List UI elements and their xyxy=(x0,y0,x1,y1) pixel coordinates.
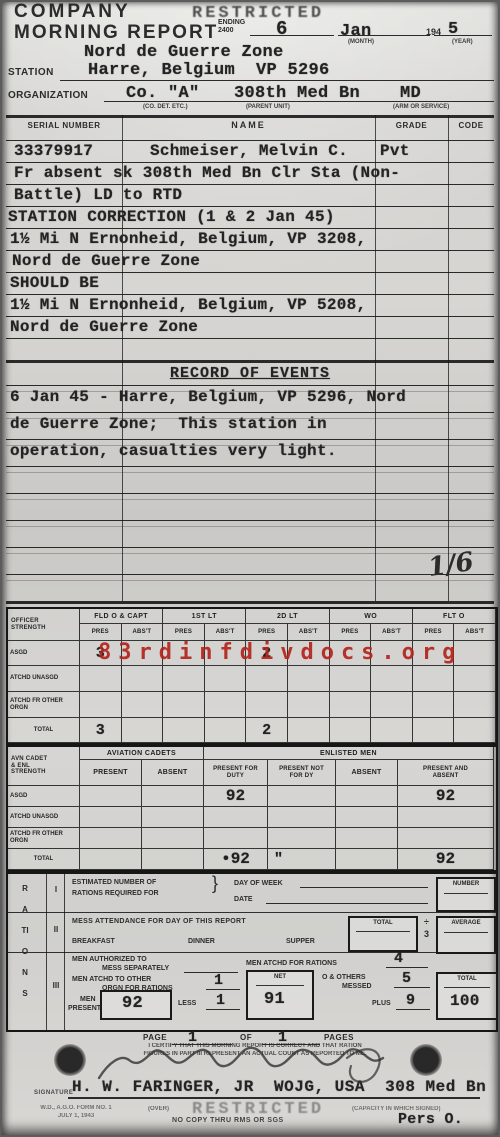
table-cell xyxy=(454,692,496,718)
officer-strength-corner: OFFICER STRENGTH xyxy=(8,609,80,641)
website-watermark: 83rdinfdivdocs.org xyxy=(98,640,462,665)
plus-label: PLUS xyxy=(372,1000,391,1007)
table-cell xyxy=(336,807,398,828)
mess-attendance-label: MESS ATTENDANCE FOR DAY OF THIS REPORT xyxy=(72,918,246,925)
net-box-line xyxy=(256,985,304,986)
record-line: 6 Jan 45 - Harre, Belgium, VP 5296, Nord xyxy=(10,388,406,406)
table-cell xyxy=(268,807,336,828)
form-number-line-2: JULY 1, 1943 xyxy=(28,1113,124,1119)
month-sublabel: (MONTH) xyxy=(348,39,374,45)
sublabel-arm-service: (ARM OR SERVICE) xyxy=(393,104,449,110)
group-header-enlisted-men: ENLISTED MEN xyxy=(204,747,494,760)
est-rations-label-1: ESTIMATED NUMBER OF xyxy=(72,879,156,886)
group-header: WO xyxy=(330,609,413,624)
number-box-line xyxy=(444,893,488,894)
abst-header: ABS'T xyxy=(371,624,413,641)
organization-label: ORGANIZATION xyxy=(8,91,88,102)
group-header: FLD O & CAPT xyxy=(80,609,163,624)
mess-total-line xyxy=(356,931,410,932)
abst-header: ABS'T xyxy=(122,624,164,641)
soldier-name-value: Schmeiser, Melvin C. xyxy=(150,142,348,160)
rule-line xyxy=(6,250,494,251)
abst-header: ABS'T xyxy=(288,624,330,641)
entry-line: SHOULD BE xyxy=(10,274,99,292)
table-cell xyxy=(142,807,204,828)
handwritten-date-mark: 1/6 xyxy=(426,547,475,583)
rations-vertical-label: RATIONS xyxy=(20,878,30,1004)
ending-label: ENDING xyxy=(218,19,245,26)
table-cell xyxy=(330,692,372,718)
rations-rule xyxy=(8,912,496,913)
mess-separately-line xyxy=(184,972,238,973)
table-cell xyxy=(246,692,288,718)
name-header: NAME xyxy=(122,121,375,130)
rations-total-line xyxy=(444,987,490,988)
others-label-2: MESSED xyxy=(342,983,372,990)
table-cell xyxy=(454,666,496,692)
column-divider xyxy=(448,115,449,601)
others-messed-value: 5 xyxy=(402,970,411,987)
station-value: Harre, Belgium VP 5296 xyxy=(88,61,330,80)
zone-line-value: Nord de Guerre Zone xyxy=(84,43,284,62)
average-box-line xyxy=(444,932,488,933)
atchd-other-value: 1 xyxy=(214,972,223,989)
plus-value: 9 xyxy=(406,992,415,1009)
table-cell xyxy=(205,666,247,692)
men-present-box: 92 xyxy=(100,990,172,1020)
rule-line xyxy=(6,439,494,440)
rule-line xyxy=(6,520,494,521)
section-numeral-ii: II xyxy=(48,926,64,934)
column-divider xyxy=(375,115,376,601)
pres-header: PRES xyxy=(163,624,205,641)
serial-number-header: SERIAL NUMBER xyxy=(6,122,122,130)
code-header: CODE xyxy=(448,122,494,130)
rule-line xyxy=(6,184,494,185)
table-cell: 92 xyxy=(398,849,494,870)
atchd-for-rations-label: MEN ATCHD FOR RATIONS xyxy=(246,960,337,967)
divide-by-three: 3 xyxy=(424,930,429,939)
table-cell xyxy=(142,849,204,870)
row-label: ATCHD FR OTHER ORGN xyxy=(8,692,80,718)
rule-line xyxy=(6,115,494,118)
group-header: FLT O xyxy=(413,609,496,624)
rations-total-value: 100 xyxy=(450,992,480,1010)
rule-line xyxy=(6,162,494,163)
brace-glyph: } xyxy=(212,874,218,893)
officer-strength-table: OFFICER STRENGTH FLD O & CAPT 1ST LT 2D … xyxy=(6,607,498,745)
corner-label: & ENL xyxy=(11,763,30,770)
year-printed-prefix: 194 xyxy=(426,28,441,37)
table-cell xyxy=(80,849,142,870)
record-line: operation, casualties very light. xyxy=(10,442,337,460)
table-cell xyxy=(80,828,142,849)
est-rations-label-2: RATIONS REQUIRED FOR xyxy=(72,890,159,897)
morning-report-scan: COMPANY RESTRICTED MORNING REPORT ENDING… xyxy=(0,0,500,1137)
rule-line xyxy=(6,547,494,548)
others-messed-line xyxy=(394,987,430,988)
form-title-morning-report: MORNING REPORT xyxy=(14,23,218,43)
table-cell xyxy=(163,666,205,692)
year-underline xyxy=(434,35,492,36)
day-of-week-label: DAY OF WEEK xyxy=(234,880,283,887)
corner-label: STRENGTH xyxy=(11,769,46,776)
record-of-events-title: RECORD OF EVENTS xyxy=(150,365,350,382)
day-underline xyxy=(250,35,334,36)
table-cell xyxy=(205,718,247,743)
table-cell xyxy=(371,692,413,718)
abst-header: ABS'T xyxy=(205,624,247,641)
row-label: ASGD xyxy=(8,786,80,807)
table-cell xyxy=(246,666,288,692)
ending-time-label: 2400 xyxy=(218,27,234,34)
entry-line: 1½ Mi N Ernonheid, Belgium, VP 5208, xyxy=(10,296,366,314)
table-cell xyxy=(268,786,336,807)
men-present-label-1: MEN xyxy=(80,996,96,1003)
punch-hole-right xyxy=(410,1044,442,1076)
entry-line: Battle) LD to RTD xyxy=(14,186,182,204)
table-cell xyxy=(288,692,330,718)
signature-label: SIGNATURE xyxy=(34,1090,73,1096)
row-label: ATCHD UNASGD xyxy=(8,666,80,692)
punch-hole-left xyxy=(54,1044,86,1076)
average-box: AVERAGE xyxy=(436,916,496,954)
year-sublabel: (YEAR) xyxy=(452,39,473,45)
col-header: PRESENT AND ABSENT xyxy=(398,760,494,786)
entry-line: STATION CORRECTION (1 & 2 Jan 45) xyxy=(8,208,335,226)
table-cell xyxy=(454,718,496,743)
average-box-label: AVERAGE xyxy=(438,920,494,926)
rule-line xyxy=(6,272,494,273)
month-underline xyxy=(338,35,430,36)
number-box-label: NUMBER xyxy=(438,881,494,887)
table-cell xyxy=(80,692,122,718)
rule-line xyxy=(6,493,494,494)
row-label: TOTAL xyxy=(8,849,80,870)
enlisted-strength-corner: AVN CADET & ENL STRENGTH xyxy=(8,747,80,786)
grade-header: GRADE xyxy=(375,122,448,130)
table-cell xyxy=(80,807,142,828)
rations-rule xyxy=(8,952,496,953)
table-cell xyxy=(122,692,164,718)
less-line xyxy=(206,1009,240,1010)
rations-section: RATIONS I II III ESTIMATED NUMBER OF RAT… xyxy=(6,872,498,1032)
atchd-other-line xyxy=(206,989,240,990)
number-box: NUMBER xyxy=(436,877,496,912)
table-cell xyxy=(398,828,494,849)
table-cell xyxy=(288,718,330,743)
row-label: TOTAL xyxy=(8,718,80,743)
faint-rule xyxy=(6,526,494,527)
atchd-for-rations-line xyxy=(386,967,428,968)
table-cell xyxy=(122,666,164,692)
faint-rule xyxy=(6,472,494,473)
atchd-other-label-1: MEN ATCHD TO OTHER xyxy=(72,976,151,983)
col-header: ABSENT xyxy=(336,760,398,786)
corner-label: AVN CADET xyxy=(11,756,47,763)
enlisted-strength-table: AVN CADET & ENL STRENGTH AVIATION CADETS… xyxy=(6,745,498,872)
supper-label: SUPPER xyxy=(286,938,315,945)
corner-label: STRENGTH xyxy=(11,625,46,632)
date-day-value: 6 xyxy=(276,18,288,40)
men-authorized-label-1: MEN AUTHORIZED TO xyxy=(72,956,147,963)
corner-label: OFFICER xyxy=(11,618,39,625)
entry-line: 1½ Mi N Ernonheid, Belgium, VP 3208, xyxy=(10,230,366,248)
section-numeral-i: I xyxy=(48,886,64,894)
date-line xyxy=(266,903,428,904)
rule-line xyxy=(6,140,494,141)
table-cell xyxy=(413,666,455,692)
table-cell xyxy=(80,666,122,692)
form-title-company: COMPANY xyxy=(14,2,131,22)
serial-number-value: 33379917 xyxy=(14,142,93,160)
net-box: NET 91 xyxy=(246,970,314,1020)
table-cell xyxy=(122,718,164,743)
table-cell xyxy=(398,807,494,828)
organization-underline xyxy=(104,101,494,102)
table-cell xyxy=(142,828,204,849)
table-cell xyxy=(371,718,413,743)
table-cell xyxy=(204,807,268,828)
signature-line xyxy=(68,1097,480,1099)
table-cell xyxy=(336,786,398,807)
pres-header: PRES xyxy=(330,624,372,641)
others-label-1: O & OTHERS xyxy=(322,974,366,981)
pres-header: PRES xyxy=(413,624,455,641)
station-underline xyxy=(60,80,494,81)
breakfast-label: BREAKFAST xyxy=(72,938,115,945)
group-header: 1ST LT xyxy=(163,609,246,624)
faint-rule xyxy=(6,553,494,554)
date-label: DATE xyxy=(234,896,253,903)
table-cell: 3 xyxy=(80,718,122,743)
rule-line xyxy=(6,466,494,467)
less-value: 1 xyxy=(216,992,225,1009)
table-cell xyxy=(336,849,398,870)
date-year-value: 5 xyxy=(448,20,459,39)
entry-line: Nord de Guerre Zone xyxy=(12,252,200,270)
pres-header: PRES xyxy=(246,624,288,641)
men-present-value: 92 xyxy=(122,994,143,1013)
grade-value: Pvt xyxy=(380,142,410,160)
atchd-for-rations-value: 4 xyxy=(394,950,403,967)
form-number-line-1: W.D., A.G.O. FORM NO. 1 xyxy=(28,1105,124,1111)
table-cell: 92 xyxy=(398,786,494,807)
section-numeral-iii: III xyxy=(48,982,64,990)
group-header-aviation-cadets: AVIATION CADETS xyxy=(80,747,204,760)
station-label: STATION xyxy=(8,68,54,79)
rule-line xyxy=(6,601,494,604)
divide-sign: ÷ xyxy=(424,918,429,927)
row-label: ATCHD UNASGD xyxy=(8,807,80,828)
rule-line xyxy=(6,360,494,363)
col-header: PRESENT FOR DUTY xyxy=(204,760,268,786)
col-header: ABSENT xyxy=(142,760,204,786)
table-cell: 2 xyxy=(246,718,288,743)
mess-total-box: TOTAL xyxy=(348,916,418,952)
entry-line: Nord de Guerre Zone xyxy=(10,318,198,336)
less-label: LESS xyxy=(178,1000,196,1007)
dinner-label: DINNER xyxy=(188,938,215,945)
rule-line xyxy=(6,412,494,413)
over-label: (OVER) xyxy=(148,1106,169,1112)
table-cell xyxy=(413,718,455,743)
col-header: PRESENT xyxy=(80,760,142,786)
table-cell xyxy=(205,692,247,718)
group-header: 2D LT xyxy=(246,609,329,624)
table-cell xyxy=(163,718,205,743)
rule-line xyxy=(6,338,494,339)
rule-line xyxy=(6,206,494,207)
table-cell xyxy=(413,692,455,718)
table-cell: 92 xyxy=(204,786,268,807)
table-cell xyxy=(371,666,413,692)
net-value: 91 xyxy=(264,990,285,1009)
pres-header: PRES xyxy=(80,624,122,641)
abst-header: ABS'T xyxy=(454,624,496,641)
row-label: ATCHD FR OTHER ORGN xyxy=(8,828,80,849)
rule-line xyxy=(6,385,494,386)
rations-total-label: TOTAL xyxy=(438,976,496,982)
table-cell xyxy=(80,786,142,807)
table-cell xyxy=(336,828,398,849)
faint-rule xyxy=(6,580,494,581)
rule-line xyxy=(6,294,494,295)
men-authorized-label-2: MESS SEPARATELY xyxy=(102,965,169,972)
restricted-stamp-top: RESTRICTED xyxy=(192,4,324,23)
rule-line xyxy=(6,228,494,229)
rule-line xyxy=(6,574,494,575)
table-cell xyxy=(268,828,336,849)
table-cell: •92 xyxy=(204,849,268,870)
col-header: PRESENT NOT FOR DY xyxy=(268,760,336,786)
table-cell xyxy=(142,786,204,807)
rations-total-box: TOTAL 100 xyxy=(436,972,498,1020)
sublabel-co-det: (CO. DET. ETC.) xyxy=(143,104,188,110)
table-cell xyxy=(288,666,330,692)
mess-total-label: TOTAL xyxy=(350,920,416,926)
table-cell: " xyxy=(268,849,336,870)
rule-line xyxy=(6,316,494,317)
plus-line xyxy=(396,1009,430,1010)
faint-rule xyxy=(6,499,494,500)
table-cell xyxy=(163,692,205,718)
table-cell xyxy=(330,718,372,743)
entry-line: Fr absent sk 308th Med Bn Clr Sta (Non- xyxy=(14,164,400,182)
sublabel-parent-unit: (PARENT UNIT) xyxy=(246,104,290,110)
no-copy-label: NO COPY THRU RMS OR SGS xyxy=(172,1117,284,1124)
table-cell xyxy=(330,666,372,692)
net-box-label: NET xyxy=(248,974,312,980)
record-line: de Guerre Zone; This station in xyxy=(10,415,327,433)
row-label: ASGD xyxy=(8,641,80,666)
day-of-week-line xyxy=(300,887,428,888)
capacity-value: Pers O. xyxy=(398,1111,463,1128)
table-cell xyxy=(204,828,268,849)
handwritten-signature xyxy=(95,1036,395,1092)
men-present-label-2: PRESENT xyxy=(68,1005,101,1012)
